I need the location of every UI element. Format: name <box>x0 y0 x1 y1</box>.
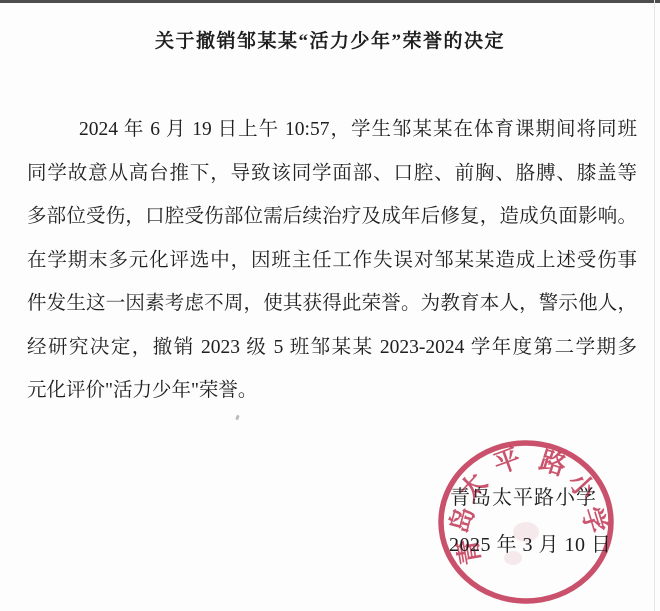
body-line: 经研究决定，撤销 2023 级 5 班邹某某 2023-2024 学年度第二学期… <box>27 326 637 370</box>
body-line: 2024 年 6 月 19 日上午 10:57，学生邹某某在体育课期间将同班 <box>27 108 637 152</box>
scanned-document: 关于撤销邹某某“活力少年”荣誉的决定 2024 年 6 月 19 日上午 10:… <box>0 0 660 611</box>
scan-edge-bar <box>0 0 660 3</box>
body-line: 件发生这一因素考虑不周，使其获得此荣誉。为教育本人，警示他人， <box>27 282 637 326</box>
body-line: 多部位受伤，口腔受伤部位需后续治疗及成年后修复，造成负面影响。 <box>27 195 637 239</box>
scan-artifact <box>235 415 240 421</box>
signature-school-name: 青岛太平路小学 <box>450 481 597 510</box>
document-date: 2025 年 3 月 10 日 <box>449 528 612 557</box>
body-line: 在学期末多元化评选中，因班主任工作失误对邹某某造成上述受伤事 <box>27 239 637 283</box>
document-title: 关于撤销邹某某“活力少年”荣誉的决定 <box>0 26 660 53</box>
body-line: 元化评价"活力少年"荣誉。 <box>27 369 637 413</box>
official-seal: 青 岛 太 平 路 小 学 <box>433 436 619 608</box>
body-line: 同学故意从高台推下，导致该同学面部、口腔、前胸、胳膊、膝盖等 <box>27 152 637 196</box>
document-body: 2024 年 6 月 19 日上午 10:57，学生邹某某在体育课期间将同班 同… <box>27 108 637 413</box>
scan-edge-line <box>654 0 655 611</box>
